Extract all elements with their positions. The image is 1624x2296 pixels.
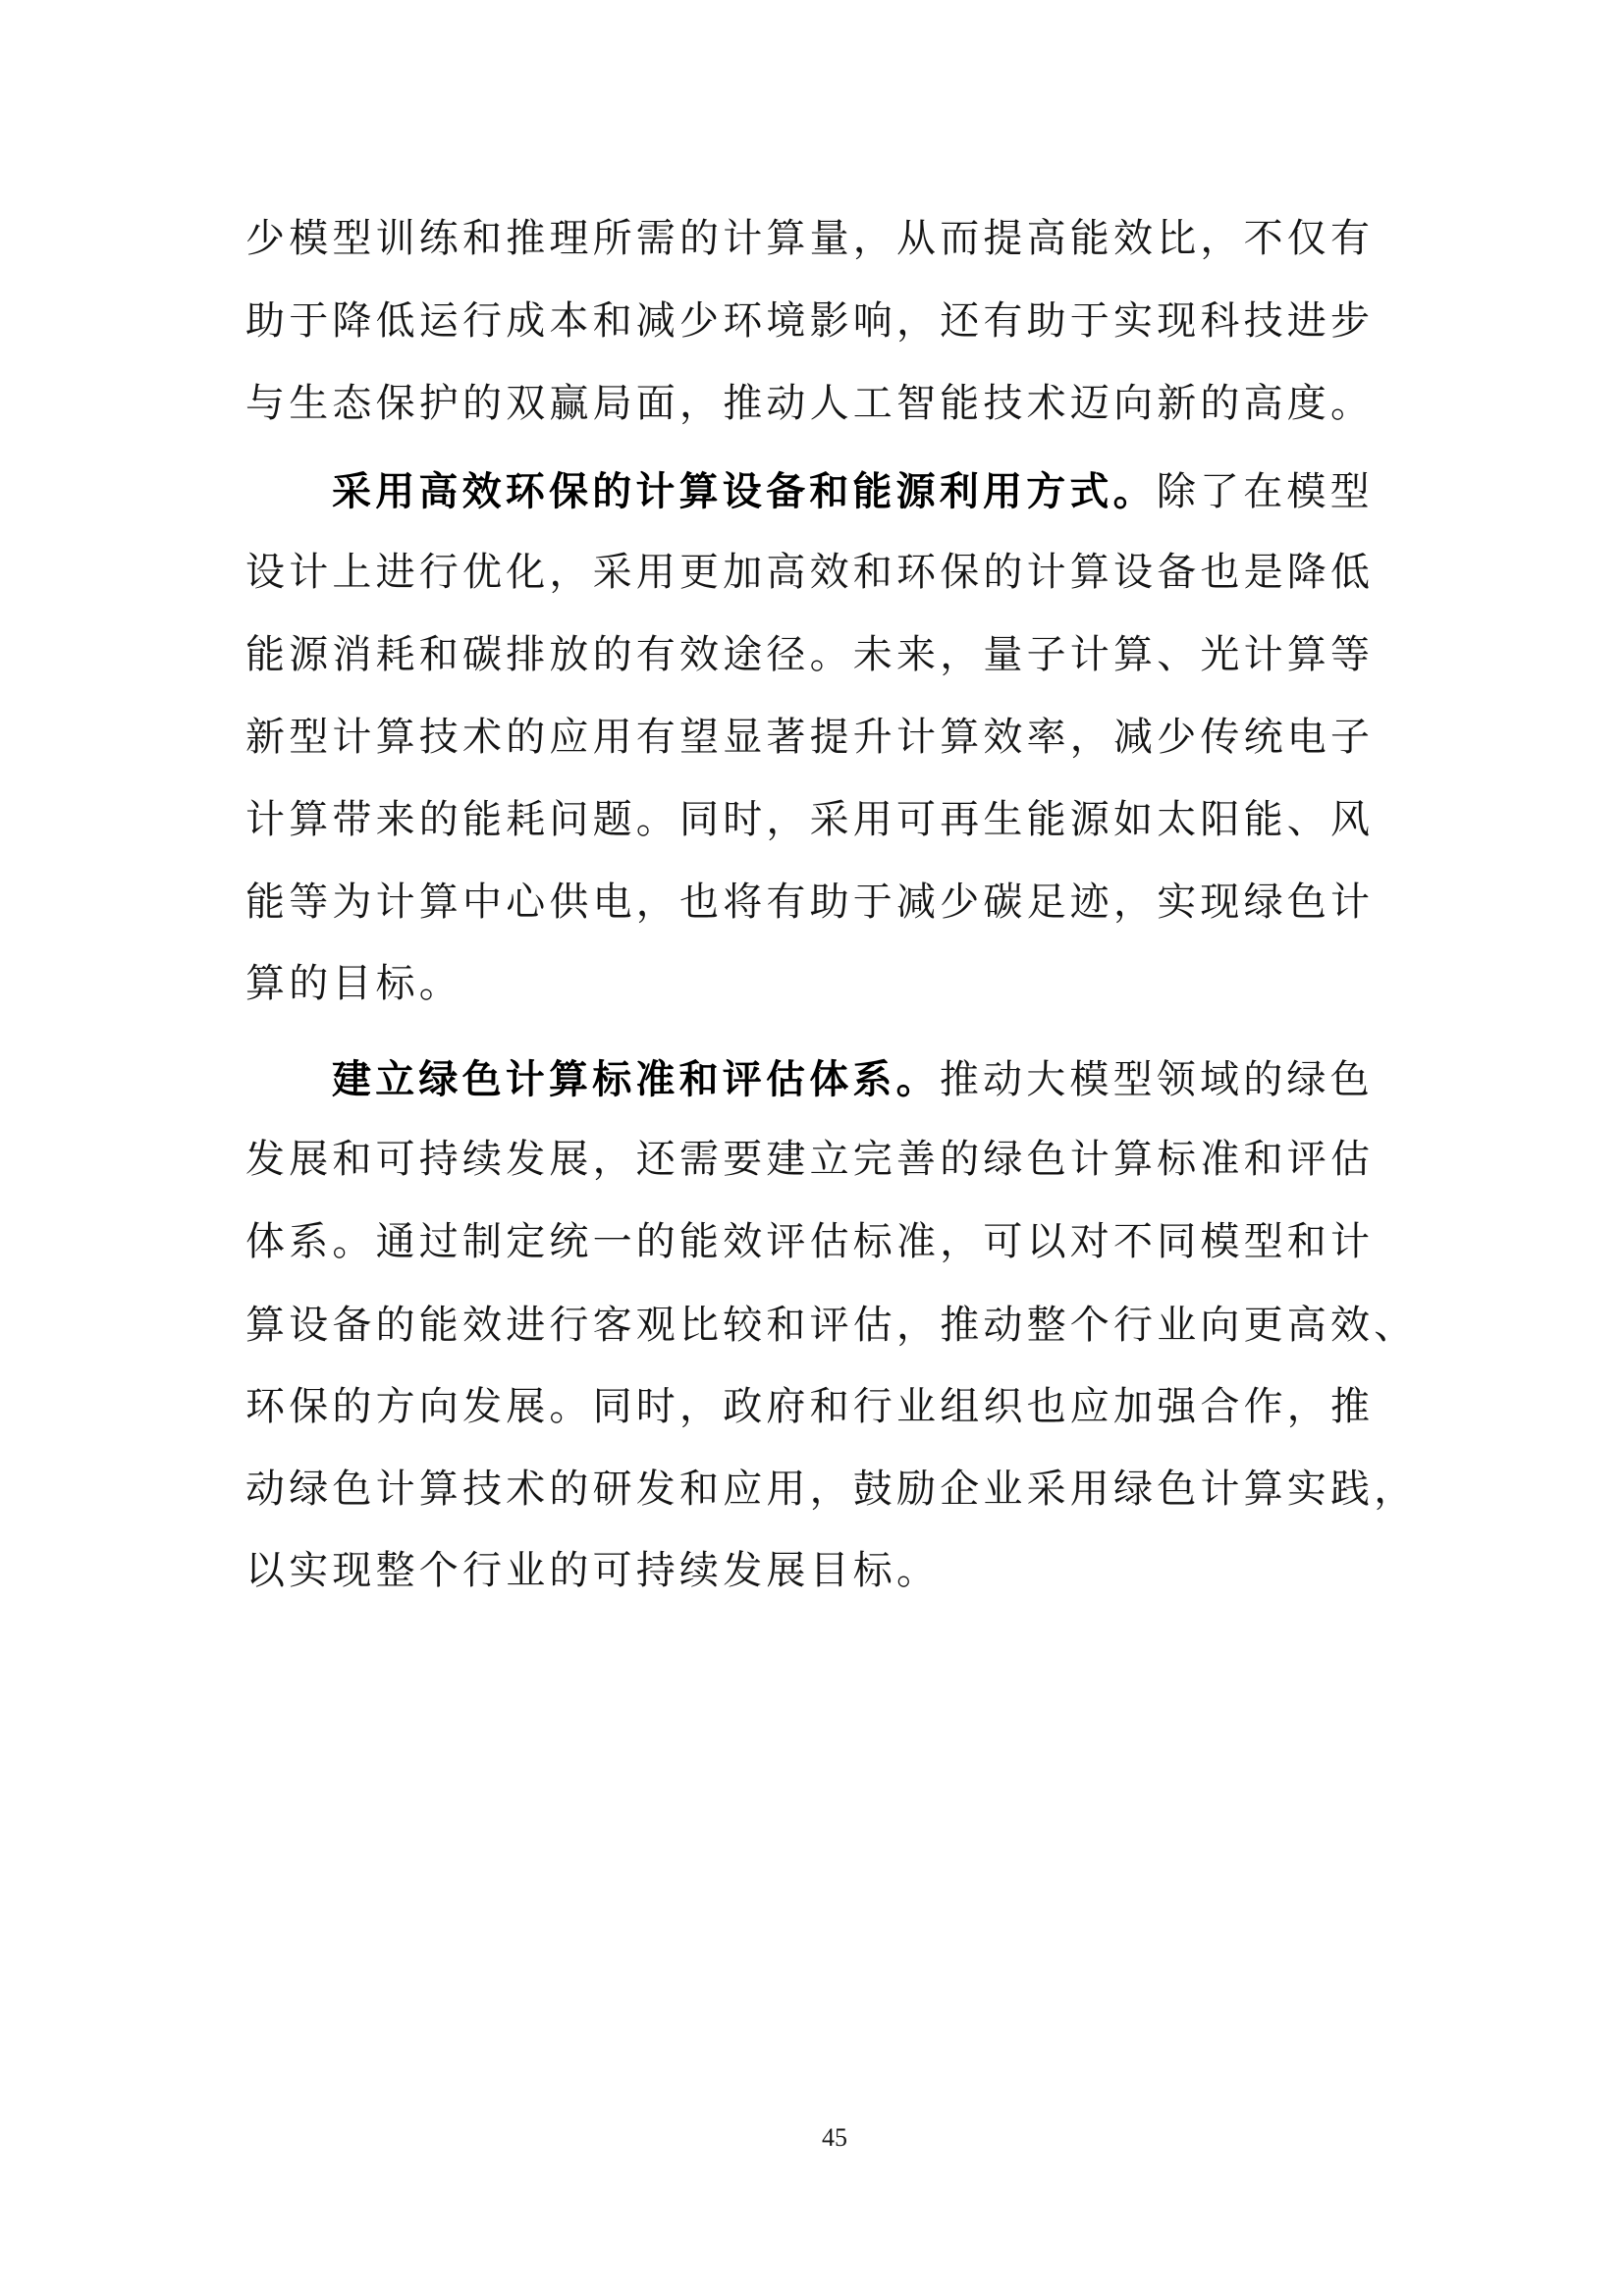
paragraph-3-line-6: 动绿色计算技术的研发和应用，鼓励企业采用绿色计算实践， xyxy=(245,1465,1384,1514)
paragraph-2-first-line-text: 除了在模型 xyxy=(1157,469,1374,514)
paragraph-3-line-7: 以实现整个行业的可持续发展目标。 xyxy=(245,1546,1384,1595)
paragraph-3-line-3: 体系。通过制定统一的能效评估标准，可以对不同模型和计 xyxy=(245,1217,1384,1266)
page-number: 45 xyxy=(785,2122,884,2154)
paragraph-2-line-3: 能源消耗和碳排放的有效途径。未来，量子计算、光计算等 xyxy=(245,630,1384,679)
paragraph-3-heading: 建立绿色计算标准和评估体系。 xyxy=(332,1057,940,1102)
paragraph-2-line-2: 设计上进行优化，采用更加高效和环保的计算设备也是降低 xyxy=(245,548,1384,597)
paragraph-3-line-5: 环保的方向发展。同时，政府和行业组织也应加强合作，推 xyxy=(245,1382,1384,1431)
paragraph-2-line-7: 算的目标。 xyxy=(245,959,1384,1008)
paragraph-3-first-line-text: 推动大模型领域的绿色 xyxy=(940,1057,1374,1102)
paragraph-1-line-2: 助于降低运行成本和减少环境影响，还有助于实现科技进步 xyxy=(245,296,1384,346)
paragraph-3-line-4: 算设备的能效进行客观比较和评估，推动整个行业向更高效、 xyxy=(245,1301,1384,1350)
paragraph-3-first-line: 建立绿色计算标准和评估体系。推动大模型领域的绿色 xyxy=(332,1055,1384,1104)
paragraph-2-line-4: 新型计算技术的应用有望显著提升计算效率，减少传统电子 xyxy=(245,713,1384,762)
paragraph-2-line-5: 计算带来的能耗问题。同时，采用可再生能源如太阳能、风 xyxy=(245,795,1384,844)
paragraph-2-line-6: 能等为计算中心供电，也将有助于减少碳足迹，实现绿色计 xyxy=(245,878,1384,927)
paragraph-3-line-2: 发展和可持续发展，还需要建立完善的绿色计算标准和评估 xyxy=(245,1135,1384,1184)
paragraph-2-heading: 采用高效环保的计算设备和能源利用方式。 xyxy=(332,469,1157,514)
paragraph-2-first-line: 采用高效环保的计算设备和能源利用方式。除了在模型 xyxy=(332,467,1384,516)
paragraph-1-line-1: 少模型训练和推理所需的计算量，从而提高能效比，不仅有 xyxy=(245,214,1384,263)
document-page: 少模型训练和推理所需的计算量，从而提高能效比，不仅有 助于降低运行成本和减少环境… xyxy=(0,0,1624,2296)
paragraph-1-line-3: 与生态保护的双赢局面，推动人工智能技术迈向新的高度。 xyxy=(245,379,1384,428)
